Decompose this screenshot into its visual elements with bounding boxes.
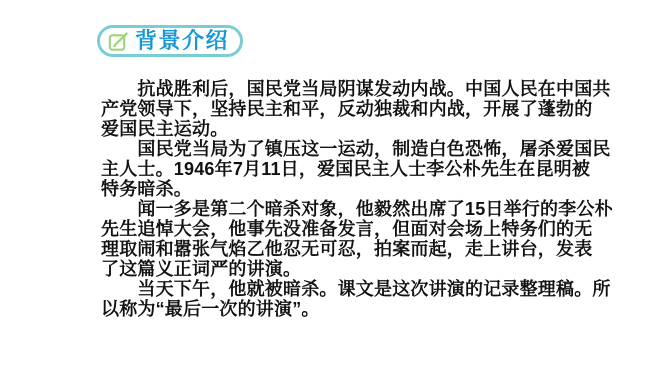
body-text-line: 了这篇义正词严的讲演。 [101,259,601,279]
body-text-line: 当天下午，他就被暗杀。课文是这次讲演的记录整理稿。所 [101,279,601,299]
pencil-edit-icon [107,30,130,53]
body-text-line: 以称为“最后一次的讲演”。 [101,299,601,319]
body-text-line: 爱国民主运动。 [101,119,601,139]
body-text-line: 先生追悼大会，他事先没准备发言，但面对会场上特务们的无 [101,219,601,239]
section-badge: 背景介绍 [97,25,243,57]
slide-canvas: 背景介绍 抗战胜利后，国民党当局阴谋发动内战。中国人民在中国共 产党领导下，坚持… [0,0,668,376]
body-text-line: 抗战胜利后，国民党当局阴谋发动内战。中国人民在中国共 [101,79,601,99]
body-text-line: 主人士。1946年7月11日，爱国民主人士李公朴先生在昆明被 [101,159,601,179]
body-text-line: 产党领导下，坚持民主和平，反动独裁和内战，开展了蓬勃的 [101,99,601,119]
body-text-line: 理取闹和嚣张气焰乙他忍无可忍，拍案而起，走上讲台，发表 [101,239,601,259]
body-text-line: 国民党当局为了镇压这一运动，制造白色恐怖，屠杀爱国民 [101,139,601,159]
body-text: 抗战胜利后，国民党当局阴谋发动内战。中国人民在中国共 产党领导下，坚持民主和平，… [101,79,601,319]
body-text-line: 闻一多是第二个暗杀对象，他毅然出席了15日举行的李公朴 [101,199,601,219]
body-text-line: 特务暗杀。 [101,179,601,199]
section-badge-label: 背景介绍 [135,30,229,52]
